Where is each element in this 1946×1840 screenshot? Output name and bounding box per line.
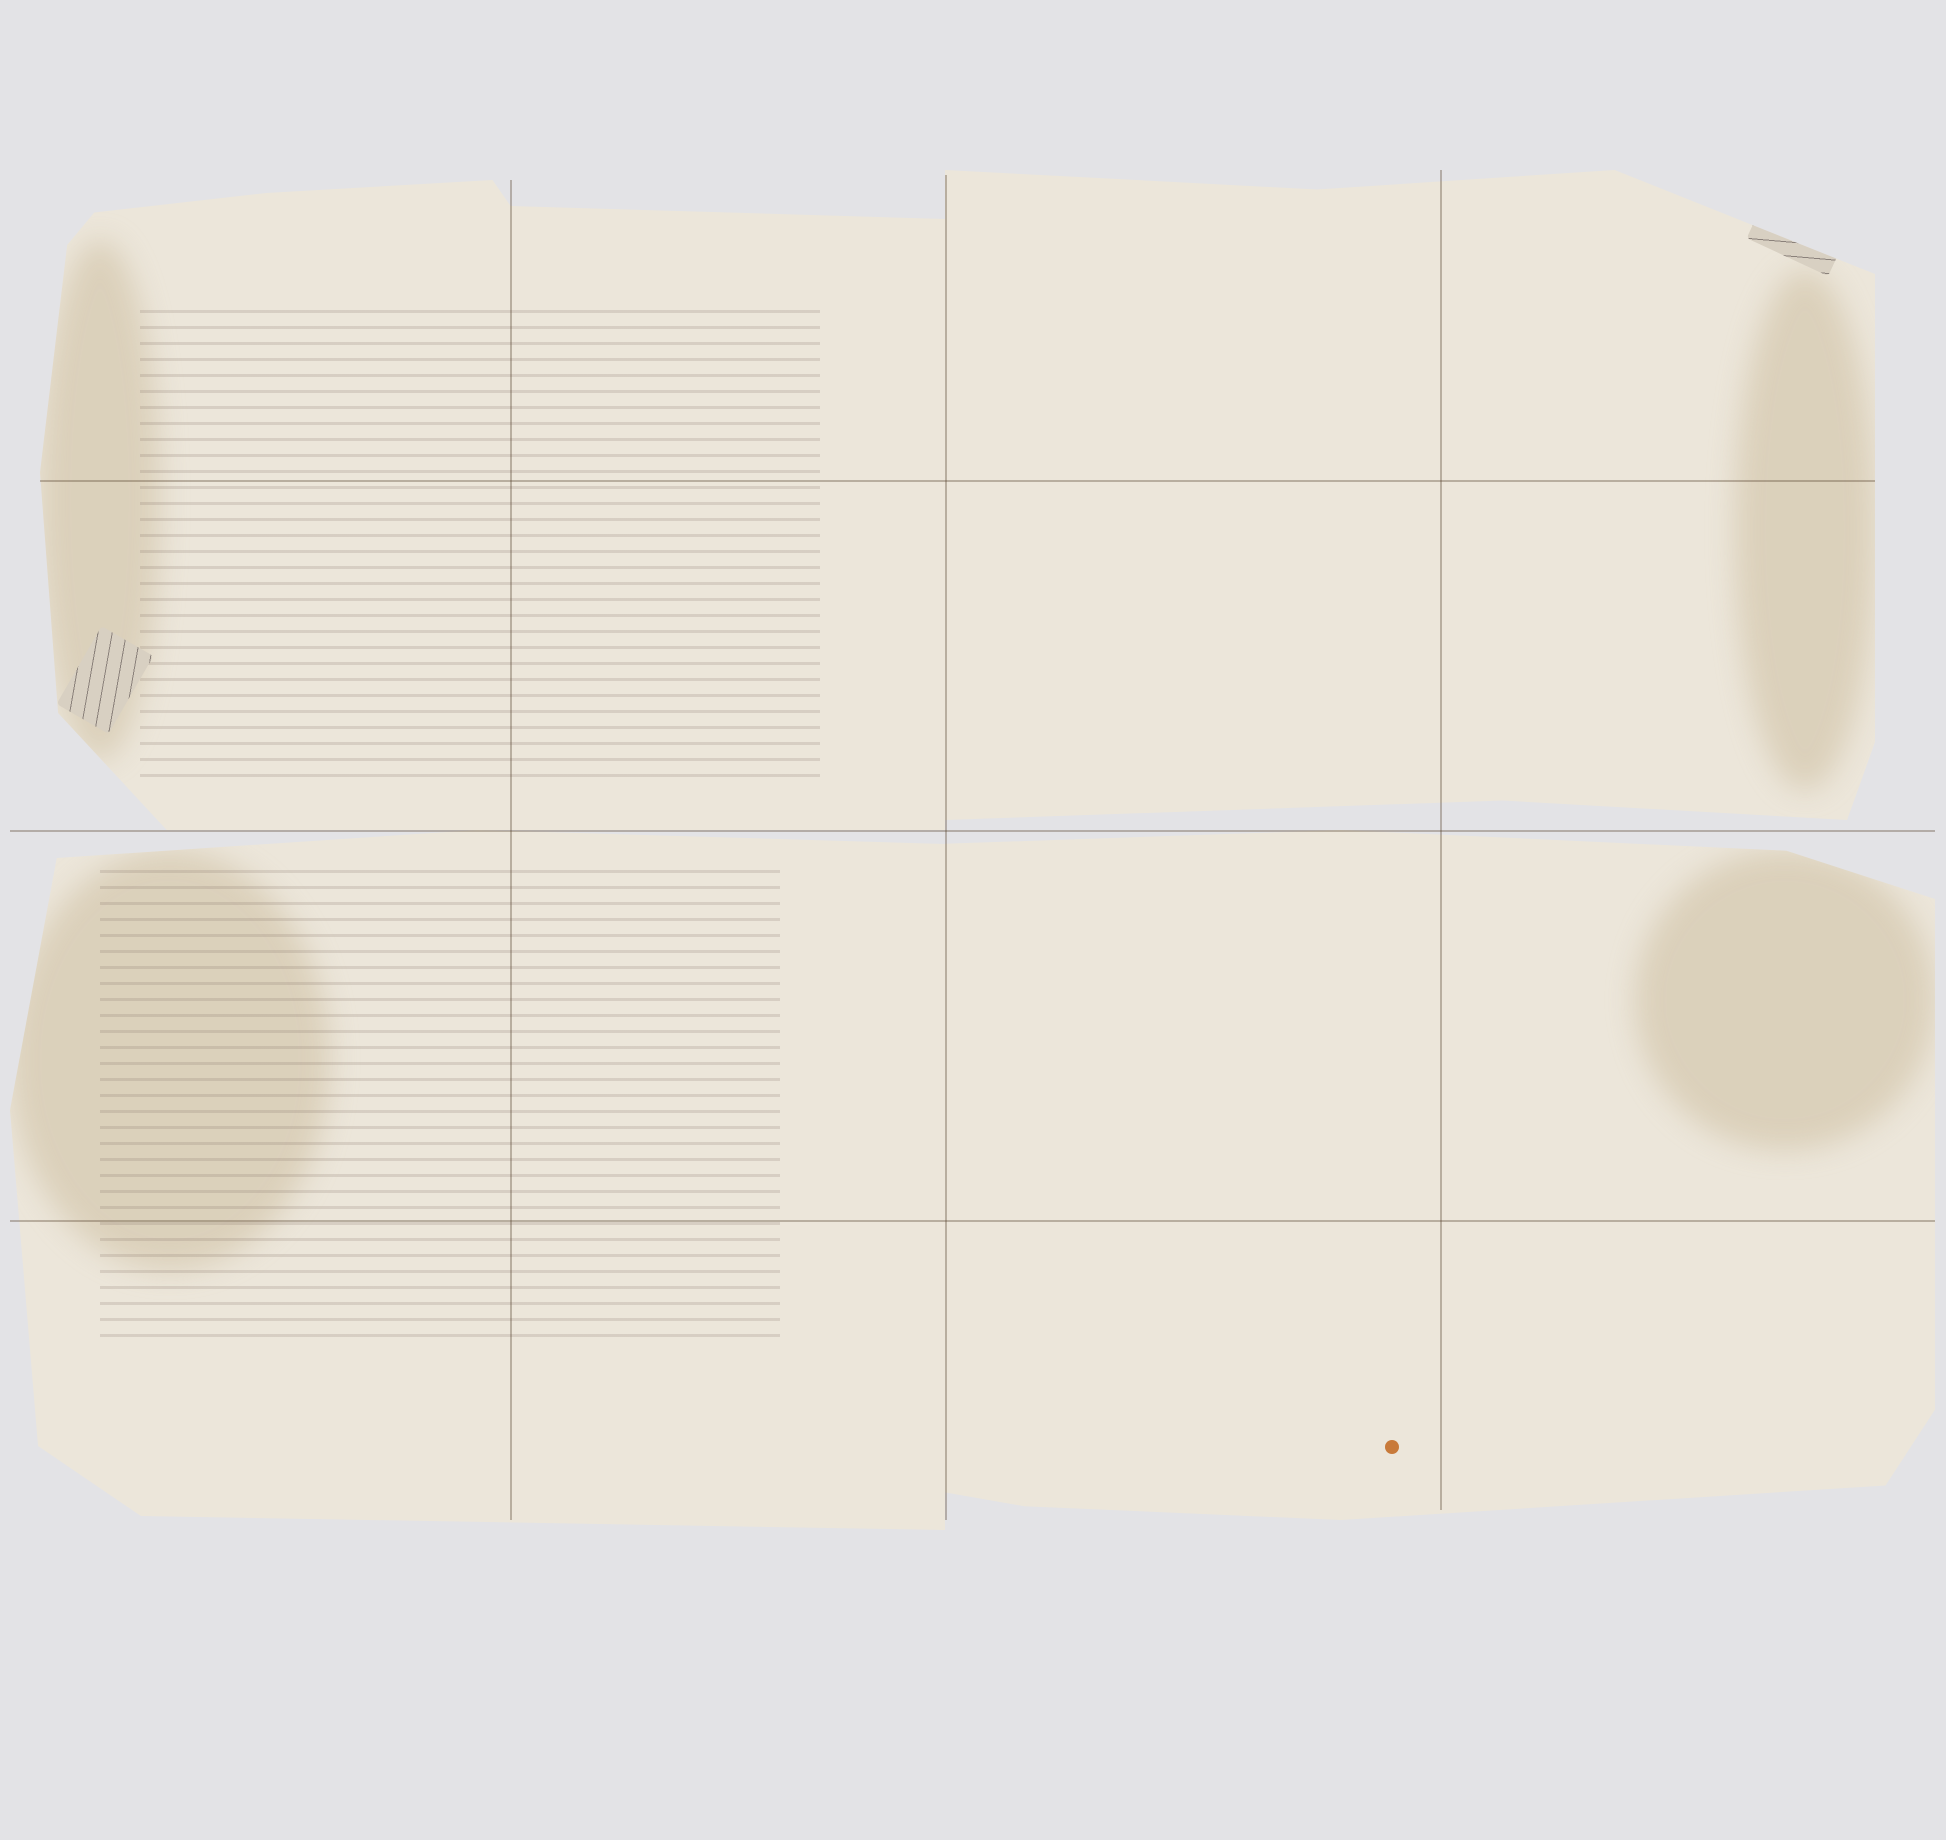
sheet-quadrant-top-left (40, 180, 945, 830)
center-fold-horizontal (10, 830, 1935, 832)
fold-crease-right (1440, 170, 1442, 1510)
fold-crease-lower (10, 1220, 1935, 1222)
center-fold-vertical (945, 175, 947, 1520)
water-stain (1735, 270, 1875, 790)
faded-text-block (100, 870, 780, 1340)
sheet-quadrant-top-right (945, 170, 1875, 820)
rust-spot (1385, 1440, 1399, 1454)
fold-crease-upper (40, 480, 1875, 482)
sheet-quadrant-bottom-left (10, 830, 945, 1530)
fold-crease-left (510, 180, 512, 1520)
water-stain (1635, 850, 1935, 1150)
faded-text-block (140, 310, 820, 790)
